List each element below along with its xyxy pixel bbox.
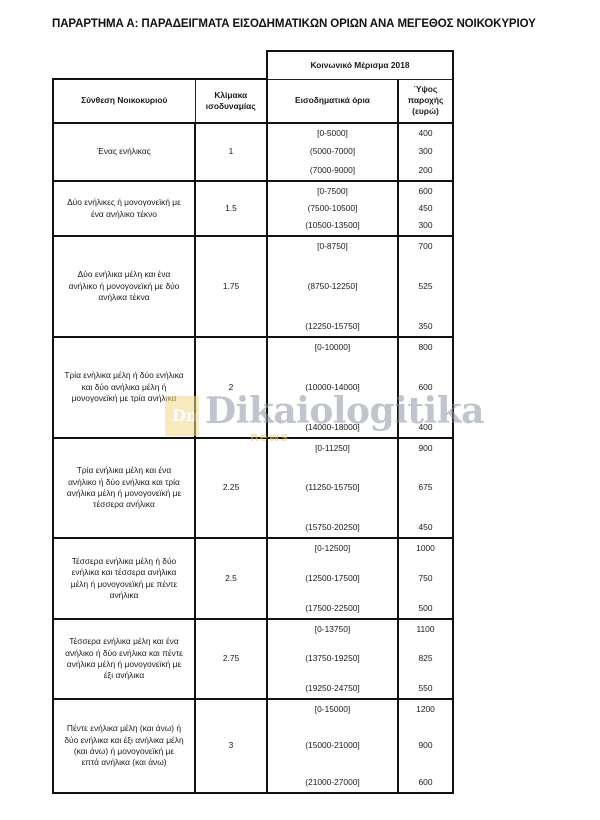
composition-cell: Δύο ενήλικες ή μονογονεϊκή με ένα ανήλικ…	[53, 181, 195, 236]
table-row: Πέντε ενήλικα μέλη (και άνω) ή δύο ενήλι…	[53, 699, 453, 793]
group-header: Κοινωνικό Μέρισμα 2018	[267, 51, 453, 79]
income-range: (14000-18000]	[272, 422, 393, 433]
composition-cell: Δύο ενήλικα μέλη και ένα ανήλικο ή μονογ…	[53, 236, 195, 337]
income-range: [0-8750]	[272, 241, 393, 252]
income-range: (21000-27000]	[272, 777, 393, 788]
income-range: [0-10000]	[272, 342, 393, 353]
benefit-amount: 525	[403, 281, 448, 292]
table-row: Δύο ενήλικα μέλη και ένα ανήλικο ή μονογ…	[53, 236, 453, 337]
income-range: (15750-20250]	[272, 522, 393, 533]
scale-cell: 2.25	[195, 438, 267, 538]
income-range-cell: [0-12500](12500-17500](17500-22500]	[267, 538, 398, 619]
benefit-amount: 600	[403, 777, 448, 788]
income-range: [0-13750]	[272, 624, 393, 635]
benefit-amount: 675	[403, 482, 448, 493]
benefit-amount: 450	[403, 203, 448, 214]
income-range: (11250-15750]	[272, 482, 393, 493]
benefit-amount: 200	[403, 165, 448, 176]
income-range: [0-5000]	[272, 128, 393, 139]
benefit-amount: 900	[403, 740, 448, 751]
income-range: (10000-14000]	[272, 382, 393, 393]
income-range: [0-15000]	[272, 704, 393, 715]
income-range-cell: [0-8750](8750-12250](12250-15750]	[267, 236, 398, 337]
table-row: Τρία ενήλικα μέλη και ένα ανήλικο ή δύο …	[53, 438, 453, 538]
table-row: Τρία ενήλικα μέλη ή δύο ενήλικα και δύο …	[53, 337, 453, 438]
table-row: Τέσσερα ενήλικα μέλη και ένα ανήλικο ή δ…	[53, 619, 453, 699]
composition-cell: Τρία ενήλικα μέλη ή δύο ενήλικα και δύο …	[53, 337, 195, 438]
benefit-amount-cell: 1000750500	[398, 538, 453, 619]
benefit-amount: 600	[403, 382, 448, 393]
income-range: (17500-22500]	[272, 603, 393, 614]
scale-cell: 3	[195, 699, 267, 793]
benefit-amount: 600	[403, 186, 448, 197]
benefit-amount-cell: 800600400	[398, 337, 453, 438]
benefit-amount: 1000	[403, 543, 448, 554]
benefit-amount: 400	[403, 128, 448, 139]
benefit-amount: 550	[403, 683, 448, 694]
income-range-cell: [0-5000](5000-7000](7000-9000]	[267, 123, 398, 181]
income-range: (15000-21000]	[272, 740, 393, 751]
benefit-amount-cell: 1200900600	[398, 699, 453, 793]
header-composition: Σύνθεση Νοικοκυριού	[53, 79, 195, 123]
benefit-amount: 500	[403, 603, 448, 614]
income-range-cell: [0-13750](13750-19250](19250-24750]	[267, 619, 398, 699]
income-range: (7500-10500]	[272, 203, 393, 214]
table-row: Ένας ενήλικας1[0-5000](5000-7000](7000-9…	[53, 123, 453, 181]
income-range-cell: [0-15000](15000-21000](21000-27000]	[267, 699, 398, 793]
composition-cell: Τέσσερα ενήλικα μέλη ή δύο ενήλικα και τ…	[53, 538, 195, 619]
document-title: ΠΑΡΑΡΤΗΜΑ Α: ΠΑΡΑΔΕΙΓΜΑΤΑ ΕΙΣΟΔΗΜΑΤΙΚΩΝ …	[52, 18, 536, 30]
composition-cell: Πέντε ενήλικα μέλη (και άνω) ή δύο ενήλι…	[53, 699, 195, 793]
scale-cell: 1.75	[195, 236, 267, 337]
scale-cell: 1	[195, 123, 267, 181]
income-range: [0-7500]	[272, 186, 393, 197]
income-range-cell: [0-10000](10000-14000](14000-18000]	[267, 337, 398, 438]
scale-cell: 2.75	[195, 619, 267, 699]
header-benefit: Ύψος παροχής (ευρώ)	[398, 79, 453, 123]
income-range: (12250-15750]	[272, 321, 393, 332]
income-range: [0-11250]	[272, 443, 393, 454]
income-range: (7000-9000]	[272, 165, 393, 176]
scale-cell: 2	[195, 337, 267, 438]
income-range: (5000-7000]	[272, 146, 393, 157]
benefit-amount: 825	[403, 653, 448, 664]
income-range: (13750-19250]	[272, 653, 393, 664]
benefit-amount: 300	[403, 220, 448, 231]
scale-cell: 1.5	[195, 181, 267, 236]
benefit-amount: 750	[403, 573, 448, 584]
header-scale: Κλίμακα ισοδυναμίας	[195, 79, 267, 123]
benefit-amount: 1200	[403, 704, 448, 715]
income-range-cell: [0-7500](7500-10500](10500-13500]	[267, 181, 398, 236]
income-range: (19250-24750]	[272, 683, 393, 694]
benefit-amount-cell: 900675450	[398, 438, 453, 538]
header-income-limits: Εισοδηματικά όρια	[267, 79, 398, 123]
benefit-amount-cell: 1100825550	[398, 619, 453, 699]
benefit-amount: 900	[403, 443, 448, 454]
income-limits-table: Κοινωνικό Μέρισμα 2018 Σύνθεση Νοικοκυρι…	[52, 50, 454, 794]
benefit-amount: 450	[403, 522, 448, 533]
income-range: [0-12500]	[272, 543, 393, 554]
income-range: (8750-12250]	[272, 281, 393, 292]
income-range: (10500-13500]	[272, 220, 393, 231]
benefit-amount: 300	[403, 146, 448, 157]
benefit-amount-cell: 600450300	[398, 181, 453, 236]
benefit-amount-cell: 700525350	[398, 236, 453, 337]
income-range-cell: [0-11250](11250-15750](15750-20250]	[267, 438, 398, 538]
benefit-amount: 1100	[403, 624, 448, 635]
benefit-amount: 350	[403, 321, 448, 332]
benefit-amount: 400	[403, 422, 448, 433]
table-row: Τέσσερα ενήλικα μέλη ή δύο ενήλικα και τ…	[53, 538, 453, 619]
benefit-amount: 700	[403, 241, 448, 252]
benefit-amount-cell: 400300200	[398, 123, 453, 181]
benefit-amount: 800	[403, 342, 448, 353]
income-range: (12500-17500]	[272, 573, 393, 584]
scale-cell: 2.5	[195, 538, 267, 619]
table-row: Δύο ενήλικες ή μονογονεϊκή με ένα ανήλικ…	[53, 181, 453, 236]
header-spacer	[53, 51, 267, 79]
composition-cell: Ένας ενήλικας	[53, 123, 195, 181]
composition-cell: Τρία ενήλικα μέλη και ένα ανήλικο ή δύο …	[53, 438, 195, 538]
composition-cell: Τέσσερα ενήλικα μέλη και ένα ανήλικο ή δ…	[53, 619, 195, 699]
